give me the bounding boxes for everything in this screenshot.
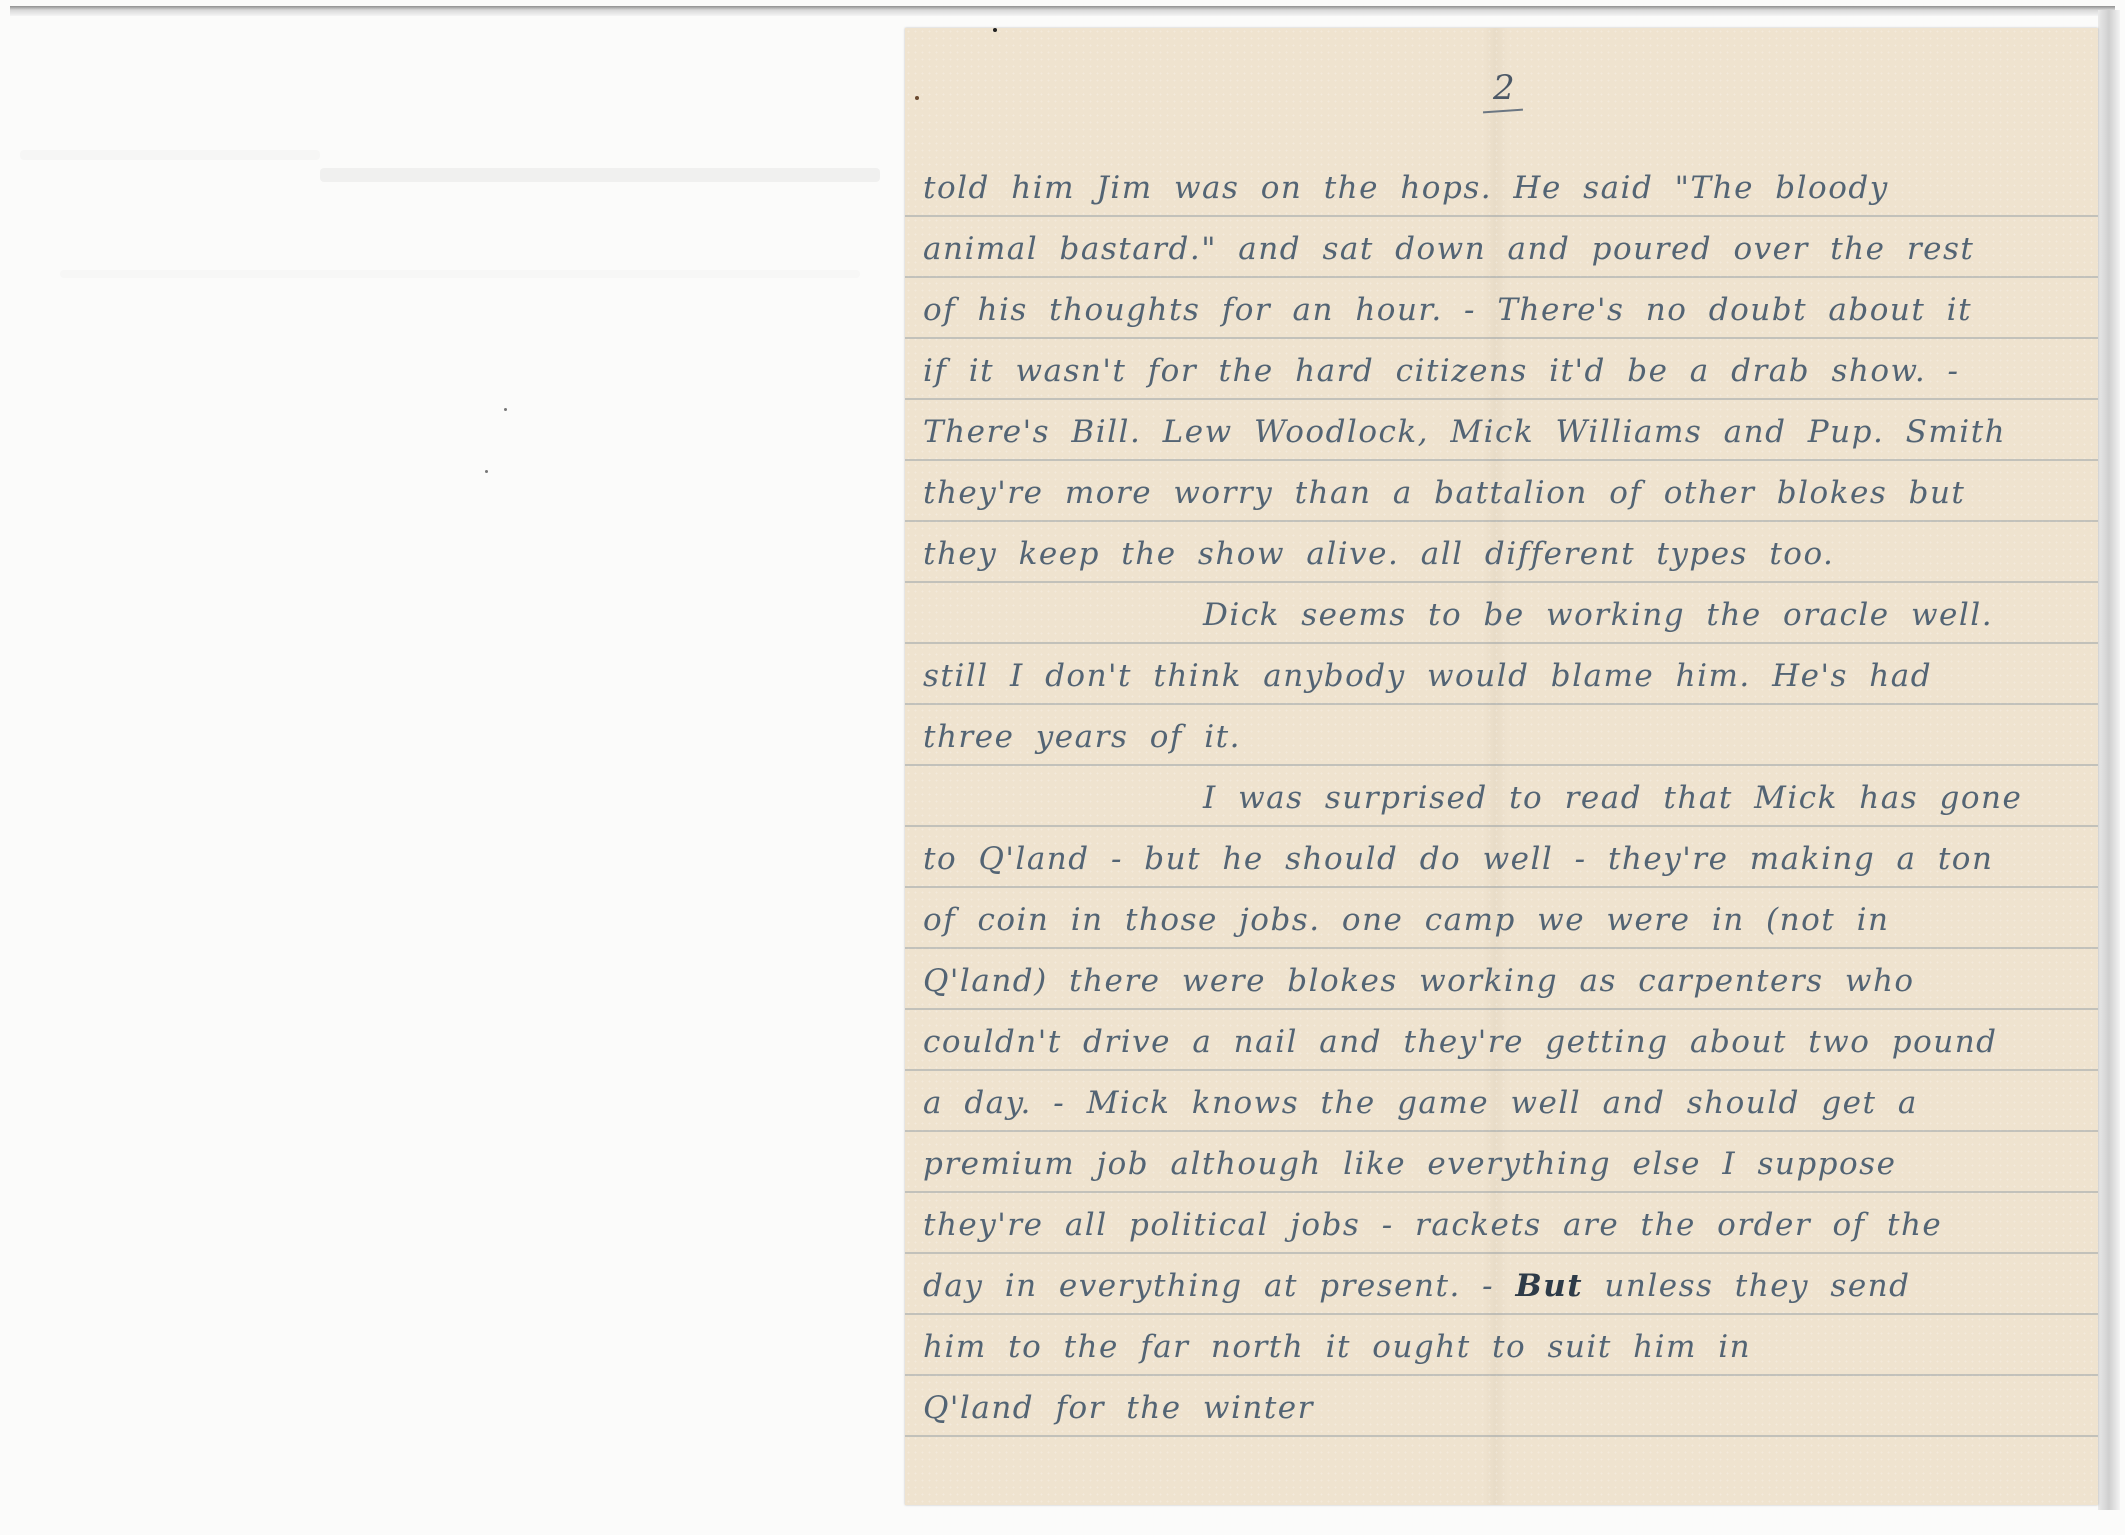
- handwritten-line: premium job although like everything els…: [923, 1134, 2078, 1194]
- handwritten-line: Q'land for the winter: [923, 1378, 2078, 1438]
- scanner-right-edge: [2098, 10, 2120, 1510]
- bleed-through-smudge: [60, 270, 860, 278]
- handwritten-line: to Q'land - but he should do well - they…: [923, 829, 2078, 889]
- handwritten-line: of coin in those jobs. one camp we were …: [923, 890, 2078, 950]
- scan-speck: [504, 408, 507, 411]
- handwritten-line: they're more worry than a battalion of o…: [923, 463, 2078, 523]
- bleed-through-smudge: [20, 150, 320, 160]
- handwritten-line: if it wasn't for the hard citizens it'd …: [923, 341, 2078, 401]
- paper-mark: [993, 28, 997, 32]
- line-text: day in everything at present. -: [923, 1268, 1494, 1304]
- handwritten-line: couldn't drive a nail and they're gettin…: [923, 1012, 2078, 1072]
- handwritten-line: animal bastard." and sat down and poured…: [923, 219, 2078, 279]
- handwritten-line: told him Jim was on the hops. He said "T…: [923, 158, 2078, 218]
- handwritten-line: There's Bill. Lew Woodlock, Mick William…: [923, 402, 2078, 462]
- scanner-top-edge: [10, 6, 2115, 16]
- handwritten-line: they're all political jobs - rackets are…: [923, 1195, 2078, 1255]
- bleed-through-smudge: [320, 168, 880, 182]
- handwritten-line: three years of it.: [923, 707, 2078, 767]
- page-number: 2: [1493, 68, 1515, 108]
- page-number-underline: [1483, 109, 1523, 114]
- line-text: unless they send: [1604, 1268, 1910, 1304]
- handwritten-line: they keep the show alive. all different …: [923, 524, 2078, 584]
- paper-mark: [915, 96, 919, 100]
- overwritten-word: But: [1516, 1268, 1584, 1304]
- letter-page: 2 told him Jim was on the hops. He said …: [905, 28, 2098, 1505]
- handwritten-line: day in everything at present. - But unle…: [923, 1256, 2078, 1316]
- handwritten-line: a day. - Mick knows the game well and sh…: [923, 1073, 2078, 1133]
- handwritten-line: Q'land) there were blokes working as car…: [923, 951, 2078, 1011]
- handwritten-line-indented: Dick seems to be working the oracle well…: [923, 585, 2078, 645]
- handwritten-line-indented: I was surprised to read that Mick has go…: [923, 768, 2078, 828]
- handwritten-line: him to the far north it ought to suit hi…: [923, 1317, 2078, 1377]
- handwritten-line: of his thoughts for an hour. - There's n…: [923, 280, 2078, 340]
- handwritten-line: still I don't think anybody would blame …: [923, 646, 2078, 706]
- scan-speck: [485, 470, 488, 473]
